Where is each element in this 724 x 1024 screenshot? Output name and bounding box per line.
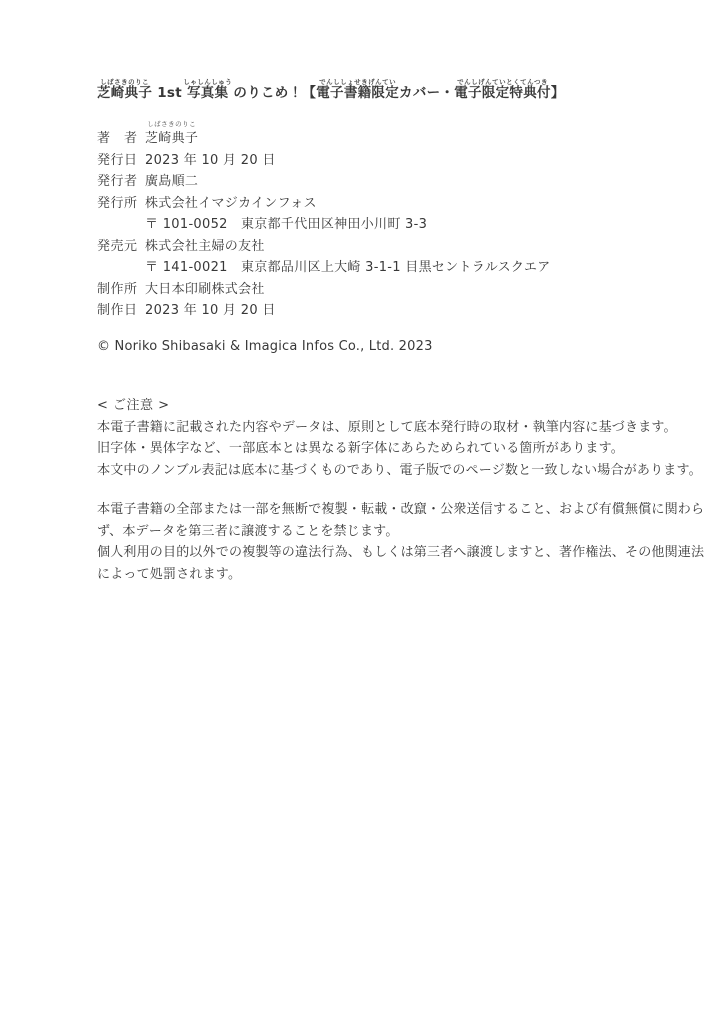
notice-heading: < ご注意 > xyxy=(97,395,664,417)
colophon-row: 発行日2023 年 10 月 20 日 xyxy=(97,150,664,172)
colophon-row-value: 芝崎典子しばさきのりこ xyxy=(145,128,198,150)
ruby-base: 芝崎典子しばさきのりこ xyxy=(97,86,152,101)
colophon-table: 著 者芝崎典子しばさきのりこ発行日2023 年 10 月 20 日発行者廣島順二… xyxy=(97,128,664,322)
colophon-row-label: 制作所 xyxy=(97,279,145,301)
colophon-row: 発行所株式会社イマジカインフォス xyxy=(97,193,664,215)
colophon-row-value: 〒 101-0052 東京都千代田区神田小川町 3-3 xyxy=(145,214,427,236)
colophon-row: 著 者芝崎典子しばさきのりこ xyxy=(97,128,664,150)
colophon-row-value: 2023 年 10 月 20 日 xyxy=(145,150,276,172)
colophon-row: 〒 101-0052 東京都千代田区神田小川町 3-3 xyxy=(97,214,664,236)
colophon-row: 〒 141-0021 東京都品川区上大崎 3-1-1 目黒セントラルスクエア xyxy=(97,257,664,279)
colophon-row-label: 制作日 xyxy=(97,300,145,322)
colophon-row: 制作所大日本印刷株式会社 xyxy=(97,279,664,301)
ruby-base: 写真集しゃしんしゅう xyxy=(187,86,228,101)
colophon-row-label xyxy=(97,257,145,279)
colophon-row-value: 廣島順二 xyxy=(145,171,198,193)
notice-paragraph-copyright: 本電子書籍の全部または一部を無断で複製・転載・改竄・公衆送信すること、および有償… xyxy=(97,499,664,585)
colophon-row: 発行者廣島順二 xyxy=(97,171,664,193)
notice-line: 本電子書籍に記載された内容やデータは、原則として底本発行時の取材・執筆内容に基づ… xyxy=(97,417,664,439)
notice-section: < ご注意 > 本電子書籍に記載された内容やデータは、原則として底本発行時の取材… xyxy=(97,395,664,585)
colophon-row-label: 発行日 xyxy=(97,150,145,172)
book-title: 芝崎典子しばさきのりこ 1st 写真集しゃしんしゅう のりこめ！【電子書籍限定で… xyxy=(97,0,664,101)
notice-line: によって処罰されます。 xyxy=(97,564,664,586)
colophon-row-value: 株式会社イマジカインフォス xyxy=(145,193,317,215)
ruby-base: 電子書籍限定でんししょせきげんてい xyxy=(316,86,399,101)
colophon-row-label: 発売元 xyxy=(97,236,145,258)
copyright-line: © Noriko Shibasaki & Imagica Infos Co., … xyxy=(97,336,664,358)
furigana-text: しばさきのりこ xyxy=(100,79,149,86)
colophon-row-value: 株式会社主婦の友社 xyxy=(145,236,265,258)
notice-line: 旧字体・異体字など、一部底本とは異なる新字体にあらためられている箇所があります。 xyxy=(97,438,664,460)
colophon-row-value: 2023 年 10 月 20 日 xyxy=(145,300,276,322)
colophon-row: 制作日2023 年 10 月 20 日 xyxy=(97,300,664,322)
notice-line: 個人利用の目的以外での複製等の違法行為、もしくは第三者へ譲渡しますと、著作権法、… xyxy=(97,542,664,564)
colophon-row: 発売元株式会社主婦の友社 xyxy=(97,236,664,258)
notice-line: 本電子書籍の全部または一部を無断で複製・転載・改竄・公衆送信すること、および有償… xyxy=(97,499,664,521)
ruby-base: 芝崎典子しばさきのりこ xyxy=(145,128,198,150)
notice-line: ず、本データを第三者に譲渡することを禁じます。 xyxy=(97,521,664,543)
colophon-row-label: 発行者 xyxy=(97,171,145,193)
colophon-row-value: 〒 141-0021 東京都品川区上大崎 3-1-1 目黒セントラルスクエア xyxy=(145,257,551,279)
notice-paragraph-usage: 本電子書籍に記載された内容やデータは、原則として底本発行時の取材・執筆内容に基づ… xyxy=(97,417,664,482)
furigana-text: しばさきのりこ xyxy=(147,121,196,128)
furigana-text: でんしげんていとくてんつき xyxy=(457,79,548,86)
colophon-row-label: 発行所 xyxy=(97,193,145,215)
furigana-text: でんししょせきげんてい xyxy=(319,79,396,86)
furigana-text: しゃしんしゅう xyxy=(183,79,232,86)
ruby-base: 電子限定特典付でんしげんていとくてんつき xyxy=(454,86,551,101)
colophon-row-label: 著 者 xyxy=(97,128,145,150)
colophon-page: 芝崎典子しばさきのりこ 1st 写真集しゃしんしゅう のりこめ！【電子書籍限定で… xyxy=(0,0,724,1024)
colophon-row-value: 大日本印刷株式会社 xyxy=(145,279,265,301)
colophon-row-label xyxy=(97,214,145,236)
notice-line: 本文中のノンブル表記は底本に基づくものであり、電子版でのページ数と一致しない場合… xyxy=(97,460,664,482)
